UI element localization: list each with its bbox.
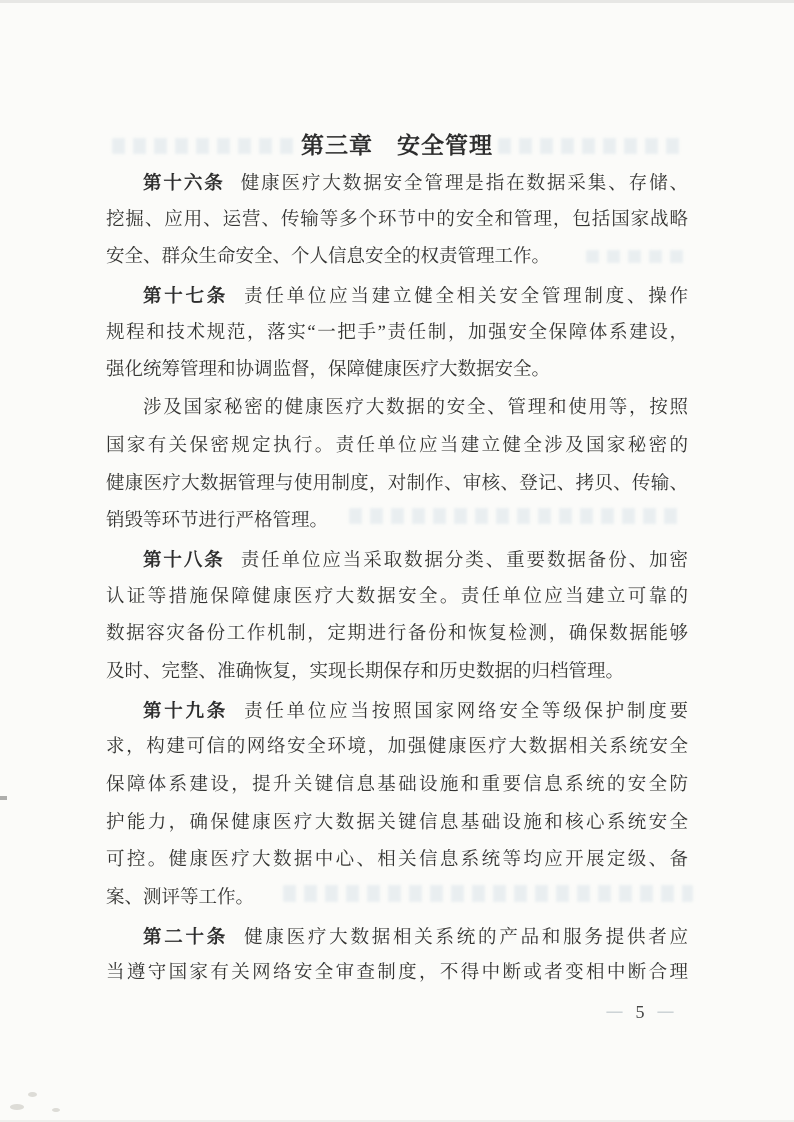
- page-number: — 5 —: [588, 999, 692, 1025]
- text-line-content: 责任单位应当按照国家网络安全等级保护制度要: [244, 702, 688, 722]
- article-20-paragraph: 第二十条健康医疗大数据相关系统的产品和服务提供者应 当遵守国家有关网络安全审查制…: [106, 918, 688, 993]
- text-line: 当遵守国家有关网络安全审查制度，不得中断或者变相中断合理: [106, 955, 688, 993]
- article-16-number: 第十六条: [143, 172, 225, 193]
- text-line: 保障体系建设，提升关键信息基础设施和重要信息系统的安全防: [106, 767, 688, 805]
- text-line: 规程和技术规范，落实“一把手”责任制，加强安全保障体系建设，: [106, 315, 688, 353]
- text-line: 国家有关保密规定执行。责任单位应当建立健全涉及国家秘密的: [106, 428, 688, 466]
- article-18-paragraph: 第十八条责任单位应当采取数据分类、重要数据备份、加密 认证等措施保障健康医疗大数…: [106, 541, 688, 692]
- text-line: 第十八条责任单位应当采取数据分类、重要数据备份、加密: [106, 541, 688, 579]
- text-line-content: 责任单位应当建立健全相关安全管理制度、操作: [244, 287, 688, 307]
- paper-speck: [10, 1104, 24, 1110]
- text-line: 第十六条健康医疗大数据安全管理是指在数据采集、存储、: [106, 164, 688, 202]
- text-line: 销毁等环节进行严格管理。: [106, 503, 688, 541]
- text-line: 涉及国家秘密的健康医疗大数据的安全、管理和使用等，按照: [106, 390, 688, 428]
- text-line: 第十九条责任单位应当按照国家网络安全等级保护制度要: [106, 692, 688, 730]
- text-line: 安全、群众生命安全、个人信息安全的权责管理工作。: [106, 239, 688, 277]
- text-line: 强化统筹管理和协调监督，保障健康医疗大数据安全。: [106, 352, 688, 390]
- text-line: 数据容灾备份工作机制，定期进行备份和恢复检测，确保数据能够: [106, 616, 688, 654]
- text-line: 第二十条健康医疗大数据相关系统的产品和服务提供者应: [106, 918, 688, 956]
- page-number-value: 5: [636, 1002, 645, 1023]
- margin-mark: [0, 796, 7, 800]
- article-18-number: 第十八条: [143, 549, 225, 570]
- paper-speck: [28, 1092, 37, 1097]
- state-secrets-paragraph: 涉及国家秘密的健康医疗大数据的安全、管理和使用等，按照 国家有关保密规定执行。责…: [106, 390, 688, 541]
- article-19-number: 第十九条: [143, 700, 228, 721]
- page-number-dash-right: —: [658, 1003, 674, 1021]
- text-line: 认证等措施保障健康医疗大数据安全。责任单位应当建立可靠的: [106, 579, 688, 617]
- article-19-paragraph: 第十九条责任单位应当按照国家网络安全等级保护制度要 求，构建可信的网络安全环境，…: [106, 692, 688, 918]
- page-edge-top: [0, 0, 794, 3]
- article-17-paragraph: 第十七条责任单位应当建立健全相关安全管理制度、操作 规程和技术规范，落实“一把手…: [106, 277, 688, 390]
- paper-speck: [52, 1108, 60, 1112]
- text-line: 案、测评等工作。: [106, 880, 688, 918]
- chapter-title: 第三章 安全管理: [106, 126, 688, 164]
- document-page: 第三章 安全管理 第十六条健康医疗大数据安全管理是指在数据采集、存储、 挖掘、应…: [0, 0, 794, 1122]
- text-line-content: 健康医疗大数据安全管理是指在数据采集、存储、: [241, 174, 688, 194]
- article-20-number: 第二十条: [143, 926, 228, 947]
- article-16-paragraph: 第十六条健康医疗大数据安全管理是指在数据采集、存储、 挖掘、应用、运营、传输等多…: [106, 164, 688, 277]
- text-line: 护能力，确保健康医疗大数据关键信息基础设施和核心系统安全: [106, 805, 688, 843]
- text-line: 挖掘、应用、运营、传输等多个环节中的安全和管理，包括国家战略: [106, 202, 688, 240]
- text-line: 健康医疗大数据管理与使用制度，对制作、审核、登记、拷贝、传输、: [106, 466, 688, 504]
- document-body: 第三章 安全管理 第十六条健康医疗大数据安全管理是指在数据采集、存储、 挖掘、应…: [106, 126, 688, 993]
- text-line: 第十七条责任单位应当建立健全相关安全管理制度、操作: [106, 277, 688, 315]
- text-line: 求，构建可信的网络安全环境，加强健康医疗大数据相关系统安全: [106, 729, 688, 767]
- text-line-content: 责任单位应当采取数据分类、重要数据备份、加密: [241, 551, 688, 571]
- article-17-number: 第十七条: [143, 285, 228, 306]
- page-number-dash-left: —: [607, 1003, 623, 1021]
- text-line: 可控。健康医疗大数据中心、相关信息系统等均应开展定级、备: [106, 842, 688, 880]
- text-line: 及时、完整、准确恢复，实现长期保存和历史数据的归档管理。: [106, 654, 688, 692]
- text-line-content: 健康医疗大数据相关系统的产品和服务提供者应: [244, 928, 688, 948]
